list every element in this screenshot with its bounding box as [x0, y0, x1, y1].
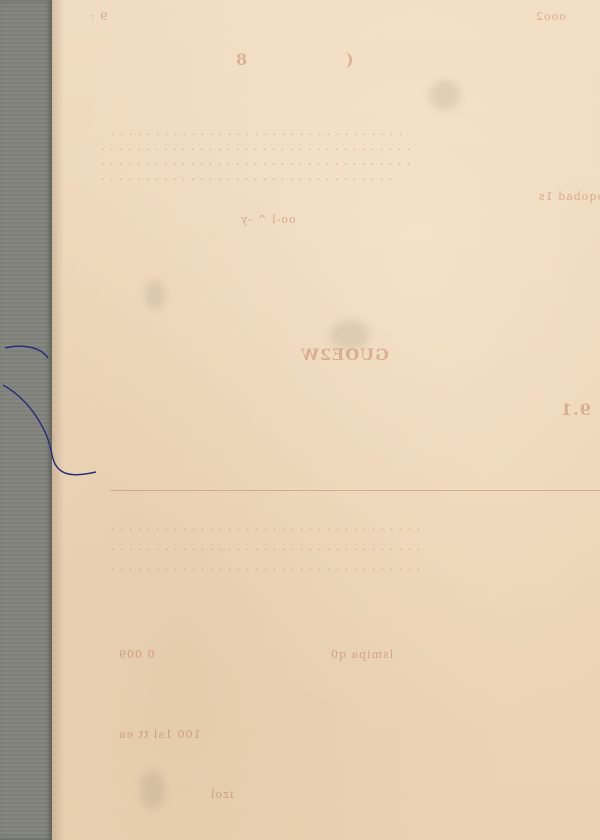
ink-stroke-icon	[0, 0, 600, 840]
